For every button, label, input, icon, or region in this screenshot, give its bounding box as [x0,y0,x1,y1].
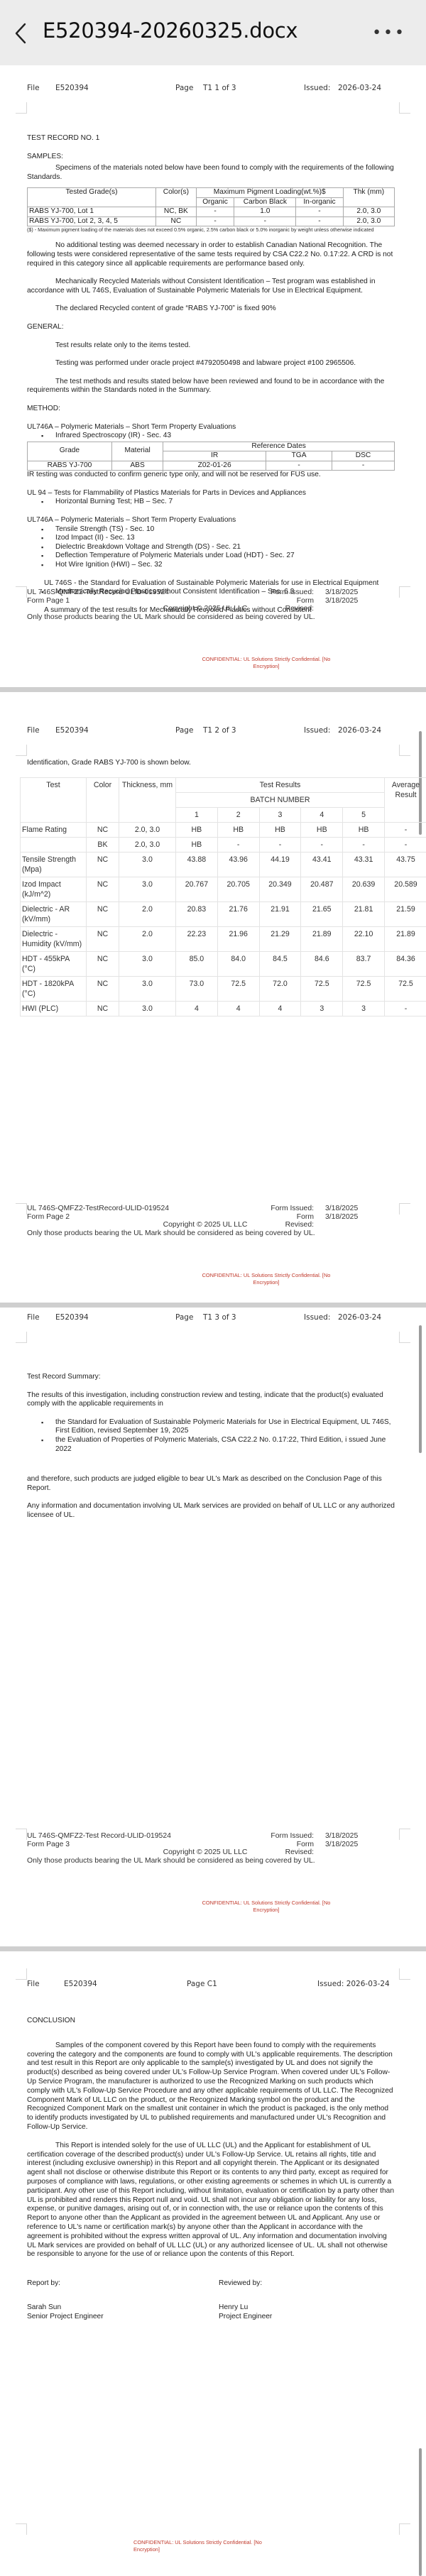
cell: 3.0 [119,1002,176,1016]
page-header: File E520394 Page T1 2 of 3 Issued: 2026… [27,726,390,736]
cell: - [196,217,234,226]
declared-content-paragraph: The declared Recycled content of grade “… [27,305,395,314]
cell: - [385,1002,426,1016]
general-paragraph-1: Test results relate only to the items te… [27,341,395,351]
method-2-title: UL 94 – Tests for Flammability of Plasti… [27,489,395,498]
table-row: Dielectric - AR (kV/mm)NC2.020.8321.7621… [21,902,426,927]
cell: 2.0, 3.0 [119,838,176,853]
cell: 3.0 [119,952,176,977]
form-issued-label: Form Issued: [268,1205,314,1213]
page-number: T1 2 of 3 [203,726,236,735]
document-page-conclusion: File E520394 Page C1 Issued: 2026-03-24 … [0,1951,426,2555]
issued-label: Issued: 2026-03-24 [317,1980,390,1988]
file-number: E520394 [55,84,89,92]
cell: 72.5 [217,977,259,1002]
table-row: HWI (PLC)NC3.044433- [21,1002,426,1016]
form-issued-date: 3/18/2025 [325,1832,358,1841]
col-header: IR [163,451,266,461]
cell: 2.0 [119,927,176,952]
page-corner-mark [16,2523,27,2535]
ul-mark-note: Only those products bearing the UL Mark … [27,1857,355,1865]
file-label: File [27,1313,40,1322]
form-revised-date: 3/18/2025 [325,1841,358,1849]
form-revised-label: Form Revised: [268,1841,314,1857]
cell: 3.0 [119,977,176,1002]
cell: NC [155,217,196,226]
page-corner-mark [399,1332,410,1343]
cell: - [296,217,343,226]
cell: Izod Impact (kJ/m^2) [21,877,87,902]
test-results-table: Test Color Thickness, mm Test Results Av… [20,777,426,1016]
reference-dates-table: Grade Material Reference Dates IR TGA DS… [27,442,395,471]
col-header: Organic [196,197,234,207]
cell: 21.89 [385,927,426,952]
form-issued-label: Form Issued: [268,1832,314,1841]
form-revised-date: 3/18/2025 [325,597,358,605]
cell: 22.23 [176,927,218,952]
page-corner-mark [399,2523,410,2535]
table-row: Dielectric - Humidity (kV/mm)NC2.022.232… [21,927,426,952]
page-corner-mark [399,1968,410,1980]
cell: 84.5 [259,952,301,977]
batch-number-header: 4 [301,808,343,823]
cell: 43.41 [301,853,343,877]
cell: HB [301,823,343,838]
col-header: Thk (mm) [343,188,394,207]
table-row: HDT - 455kPA (°C)NC3.085.084.084.584.683… [21,952,426,977]
file-label: File [27,726,40,735]
form-page: Form Page 3 [27,1841,70,1848]
confidential-notice: CONFIDENTIAL: UL Solutions Strictly Conf… [190,656,342,670]
form-issued-label: Form Issued: [268,588,314,597]
page-corner-mark [16,586,27,598]
file-number: E520394 [55,726,89,735]
conclusion-heading: CONCLUSION [27,2017,395,2026]
table-row: HDT - 1820kPA (°C)NC3.073.072.572.072.57… [21,977,426,1002]
ul-mark-note: Only those products bearing the UL Mark … [27,1229,355,1238]
cell: - [266,461,332,471]
list-item: Tensile Strength (TS) - Sec. 10 [41,525,395,535]
cell: 2.0, 3.0 [343,207,394,217]
cell: - [385,823,426,838]
page-corner-mark [16,1829,27,1840]
page-label: Page [175,1313,193,1322]
page-corner-mark [16,1203,27,1215]
page-corner-mark [399,1203,410,1215]
cell: 21.91 [259,902,301,927]
cell: 72.0 [259,977,301,1002]
cell: 84.36 [385,952,426,977]
cell: NC [87,977,119,1002]
cell: - [301,838,343,853]
cell: 72.5 [343,977,385,1002]
page-separator [0,687,426,692]
cell: HB [176,823,218,838]
col-header: Maximum Pigment Loading(wt.%)$ [196,188,343,198]
page-header: File E520394 Page T1 3 of 3 Issued: 2026… [27,1313,390,1323]
conclusion-paragraph-2: This Report is intended solely for the u… [27,2142,395,2259]
cell: - [217,838,259,853]
cell: 20.639 [343,877,385,902]
page-corner-mark [16,1968,27,1980]
reviewed-by-title: Project Engineer [219,2313,272,2322]
cell: - [259,838,301,853]
cell: 20.767 [176,877,218,902]
list-item: the Evaluation of Properties of Polymeri… [41,1436,395,1454]
ir-note: IR testing was conducted to confirm gene… [27,471,395,480]
cell: 20.83 [176,902,218,927]
cell: 72.5 [385,977,426,1002]
page-footer: UL 746S-QMFZ2-TestRecord-ULID-019524Form… [27,588,355,621]
col-header: Grade [28,442,112,461]
samples-heading: SAMPLES: [27,153,395,162]
cell: 22.10 [343,927,385,952]
list-item: Infrared Spectroscopy (IR) - Sec. 43 [41,432,395,441]
canadian-recognition-paragraph: No additional testing was deemed necessa… [27,241,395,268]
col-header: Test [21,778,87,823]
document-page-2: File E520394 Page T1 2 of 3 Issued: 2026… [0,692,426,1303]
table-row: RABS YJ-700 ABS Z02-01-26 - - [28,461,395,471]
general-paragraph-3: The test methods and results stated belo… [27,378,395,395]
page-corner-mark [399,586,410,598]
cell: BK [87,838,119,853]
col-header: Material [111,442,163,461]
cell: RABS YJ-700, Lot 2, 3, 4, 5 [28,217,156,226]
table-row: BK2.0, 3.0HB----- [21,838,426,853]
method-2-list: Horizontal Burning Test; HB – Sec. 7 [41,498,395,507]
confidential-notice: CONFIDENTIAL: UL Solutions Strictly Conf… [190,1272,342,1286]
col-header: Tested Grade(s) [28,188,156,207]
form-revised-date: 3/18/2025 [325,1213,358,1222]
method-3-title: UL746A – Polymeric Materials – Short Ter… [27,516,395,525]
cell: 20.589 [385,877,426,902]
record-title: TEST RECORD NO. 1 [27,134,395,143]
cell: - [196,207,234,217]
page-label: Page [175,726,193,735]
cell: HDT - 1820kPA (°C) [21,977,87,1002]
batch-number-header: 2 [217,808,259,823]
cell: - [234,217,296,226]
page-number: T1 1 of 3 [203,84,236,92]
cell: 2.0 [119,902,176,927]
table-row: Izod Impact (kJ/m^2)NC3.020.76720.70520.… [21,877,426,902]
cell: HDT - 455kPA (°C) [21,952,87,977]
method-1-list: Infrared Spectroscopy (IR) - Sec. 43 [41,432,395,441]
summary-services: Any information and documentation involv… [27,1502,395,1520]
file-number: E520394 [55,1313,89,1322]
cell: 2.0, 3.0 [119,823,176,838]
signatures: Report by: Reviewed by: Sarah Sun Senior… [27,2279,395,2315]
summary-list: the Standard for Evaluation of Sustainab… [41,1418,395,1454]
batch-number-header: 5 [343,808,385,823]
col-header: Carbon Black [234,197,296,207]
samples-footnote: ($) - Maximum pigment loading of the mat… [27,226,395,233]
page-2-intro: Identification, Grade RABS YJ-700 is sho… [27,759,395,768]
page-corner-mark [16,745,27,756]
cell: Flame Rating [21,823,87,838]
method-3-list: Tensile Strength (TS) - Sec. 10 Izod Imp… [41,525,395,570]
col-header: Color [87,778,119,823]
issued-date: 2026-03-24 [338,726,381,735]
cell: HB [343,823,385,838]
document-page-1: File E520394 Page T1 1 of 3 Issued: 2026… [0,65,426,687]
ul-mark-note: Only those products bearing the UL Mark … [27,613,355,622]
form-id: UL 746S-QMFZ2-Test Record-ULID-019524 [27,1832,171,1840]
file-label: File [27,84,40,92]
cell: Z02-01-26 [163,461,266,471]
scrollbar[interactable] [419,1325,422,1453]
page-corner-mark [16,102,27,114]
page-header: File E520394 Page C1 Issued: 2026-03-24 [27,1980,390,1990]
cell: - [332,461,395,471]
cell: NC [87,1002,119,1016]
report-by-signature: Sarah Sun Senior Project Engineer [27,2303,104,2322]
cell: 21.29 [259,927,301,952]
confidential-notice: CONFIDENTIAL: UL Solutions Strictly Conf… [133,2539,285,2553]
cell: 72.5 [301,977,343,1002]
cell: RABS YJ-700 [28,461,112,471]
issued-label: Issued: [304,1313,330,1322]
samples-intro: Specimens of the materials noted below h… [27,164,395,182]
cell: - [385,838,426,853]
cell: 20.487 [301,877,343,902]
page-corner-mark [399,745,410,756]
cell: Tensile Strength (Mpa) [21,853,87,877]
page-corner-mark [16,1332,27,1343]
page-header: File E520394 Page T1 1 of 3 Issued: 2026… [27,84,390,94]
cell: NC [87,877,119,902]
cell: HB [176,838,218,853]
issued-date: 2026-03-24 [338,1313,381,1322]
cell: NC [87,927,119,952]
table-row: Tensile Strength (Mpa)NC3.043.8843.9644.… [21,853,426,877]
page-separator [0,1946,426,1951]
cell: 44.19 [259,853,301,877]
cell: 21.89 [301,927,343,952]
cell: 21.76 [217,902,259,927]
form-id: UL 746S-QMFZ2-TestRecord-ULID-019524 [27,588,169,596]
batch-number-header: 1 [176,808,218,823]
report-by-name: Sarah Sun [27,2303,104,2313]
app-bar: E520394-20260325.docx ••• [0,0,426,65]
document-title: E520394-20260325.docx [43,18,297,43]
general-paragraph-2: Testing was performed under oracle proje… [27,359,395,368]
recycled-materials-paragraph: Mechanically Recycled Materials without … [27,278,395,295]
cell: 43.88 [176,853,218,877]
reviewed-by-signature: Henry Lu Project Engineer [219,2303,272,2322]
batch-number-header: 3 [259,808,301,823]
method-4-title: UL 746S - the Standard for Evaluation of… [27,579,395,588]
cell: 20.349 [259,877,301,902]
page-label: Page [175,84,193,92]
cell: RABS YJ-700, Lot 1 [28,207,156,217]
cell: 43.96 [217,853,259,877]
cell: 73.0 [176,977,218,1002]
cell: 21.65 [301,902,343,927]
cell: 84.0 [217,952,259,977]
cell: NC [87,853,119,877]
col-header: Reference Dates [163,442,395,451]
form-page: Form Page 1 [27,597,70,605]
reviewed-by-label: Reviewed by: [219,2279,262,2289]
col-header: BATCH NUMBER [176,793,385,808]
cell: 2.0, 3.0 [343,217,394,226]
cell: 3.0 [119,853,176,877]
cell: 85.0 [176,952,218,977]
more-horizontal-icon: ••• [372,24,406,42]
cell: 21.96 [217,927,259,952]
chevron-left-icon [13,21,30,45]
page-footer: UL 746S-QMFZ2-TestRecord-ULID-019524Form… [27,1205,355,1237]
form-issued-date: 3/18/2025 [325,588,358,597]
col-header: Thickness, mm [119,778,176,823]
col-header: Color(s) [155,188,196,207]
cell: 83.7 [343,952,385,977]
cell: - [296,207,343,217]
cell: 43.31 [343,853,385,877]
table-row: RABS YJ-700, Lot 2, 3, 4, 5 NC - - - 2.0… [28,217,395,226]
form-issued-date: 3/18/2025 [325,1205,358,1213]
cell: 21.59 [385,902,426,927]
issued-label: Issued: [304,84,330,92]
document-page-3: File E520394 Page T1 3 of 3 Issued: 2026… [0,1308,426,1946]
list-item: Horizontal Burning Test; HB – Sec. 7 [41,498,395,507]
table-row: RABS YJ-700, Lot 1 NC, BK - 1.0 - 2.0, 3… [28,207,395,217]
form-revised-label: Form Revised: [268,597,314,613]
cell: Dielectric - AR (kV/mm) [21,902,87,927]
file-label: File [27,1980,40,1988]
conclusion-paragraph-1: Samples of the component covered by this… [27,2041,395,2132]
form-revised-label: Form Revised: [268,1213,314,1229]
page-separator [0,1303,426,1308]
more-options-button[interactable]: ••• [372,30,406,37]
cell: - [343,838,385,853]
cell: Dielectric - Humidity (kV/mm) [21,927,87,952]
file-number: E520394 [64,1980,97,1988]
list-item: Izod Impact (II) - Sec. 13 [41,534,395,543]
page-corner-mark [399,1829,410,1840]
page-corner-mark [399,102,410,114]
cell: 3.0 [119,877,176,902]
cell: 4 [259,1002,301,1016]
page-3-body: Test Record Summary: The results of this… [27,1373,395,1530]
report-by-label: Report by: [27,2279,60,2289]
cell: 20.705 [217,877,259,902]
cell: 4 [217,1002,259,1016]
conclusion-body: CONCLUSION Samples of the component cove… [27,2017,395,2315]
issued-date: 2026-03-24 [338,84,381,92]
cell [21,838,87,853]
form-id: UL 746S-QMFZ2-TestRecord-ULID-019524 [27,1205,169,1212]
method-1-title: UL746A – Polymeric Materials – Short Ter… [27,423,395,432]
back-button[interactable] [13,21,30,45]
confidential-notice: CONFIDENTIAL: UL Solutions Strictly Conf… [190,1900,342,1914]
page-1-body: TEST RECORD NO. 1 SAMPLES: Specimens of … [27,134,395,615]
cell: 84.6 [301,952,343,977]
cell: NC [87,902,119,927]
cell: NC [87,952,119,977]
cell: 3 [301,1002,343,1016]
cell: 21.81 [343,902,385,927]
scrollbar[interactable] [419,2448,422,2576]
cell: ABS [111,461,163,471]
cell: 1.0 [234,207,296,217]
page-number: T1 3 of 3 [203,1313,236,1322]
general-heading: GENERAL: [27,323,395,332]
summary-intro: The results of this investigation, inclu… [27,1391,395,1409]
list-item: Hot Wire Ignition (HWI) – Sec. 32 [41,561,395,570]
samples-table: Tested Grade(s) Color(s) Maximum Pigment… [27,187,395,226]
list-item: Dielectric Breakdown Voltage and Strengt… [41,543,395,552]
form-page: Form Page 2 [27,1213,70,1221]
col-header: Average Result [385,778,426,823]
page-label: Page C1 [187,1980,217,1988]
cell: NC [87,823,119,838]
table-row: Flame RatingNC2.0, 3.0HBHBHBHBHB- [21,823,426,838]
reviewed-by-name: Henry Lu [219,2303,272,2313]
cell: 3 [343,1002,385,1016]
col-header: DSC [332,451,395,461]
cell: HWI (PLC) [21,1002,87,1016]
page-footer: UL 746S-QMFZ2-Test Record-ULID-019524For… [27,1832,355,1865]
cell: 43.75 [385,853,426,877]
col-header: Test Results [176,778,385,793]
cell: HB [259,823,301,838]
cell: 4 [176,1002,218,1016]
col-header: In-organic [296,197,343,207]
report-by-title: Senior Project Engineer [27,2313,104,2322]
list-item: Deflection Temperature of Polymeric Mate… [41,552,395,561]
col-header: TGA [266,451,332,461]
issued-label: Issued: [304,726,330,735]
summary-heading: Test Record Summary: [27,1373,395,1382]
method-heading: METHOD: [27,405,395,414]
list-item: the Standard for Evaluation of Sustainab… [41,1418,395,1436]
summary-conclusion: and therefore, such products are judged … [27,1475,395,1493]
cell: HB [217,823,259,838]
cell: NC, BK [155,207,196,217]
